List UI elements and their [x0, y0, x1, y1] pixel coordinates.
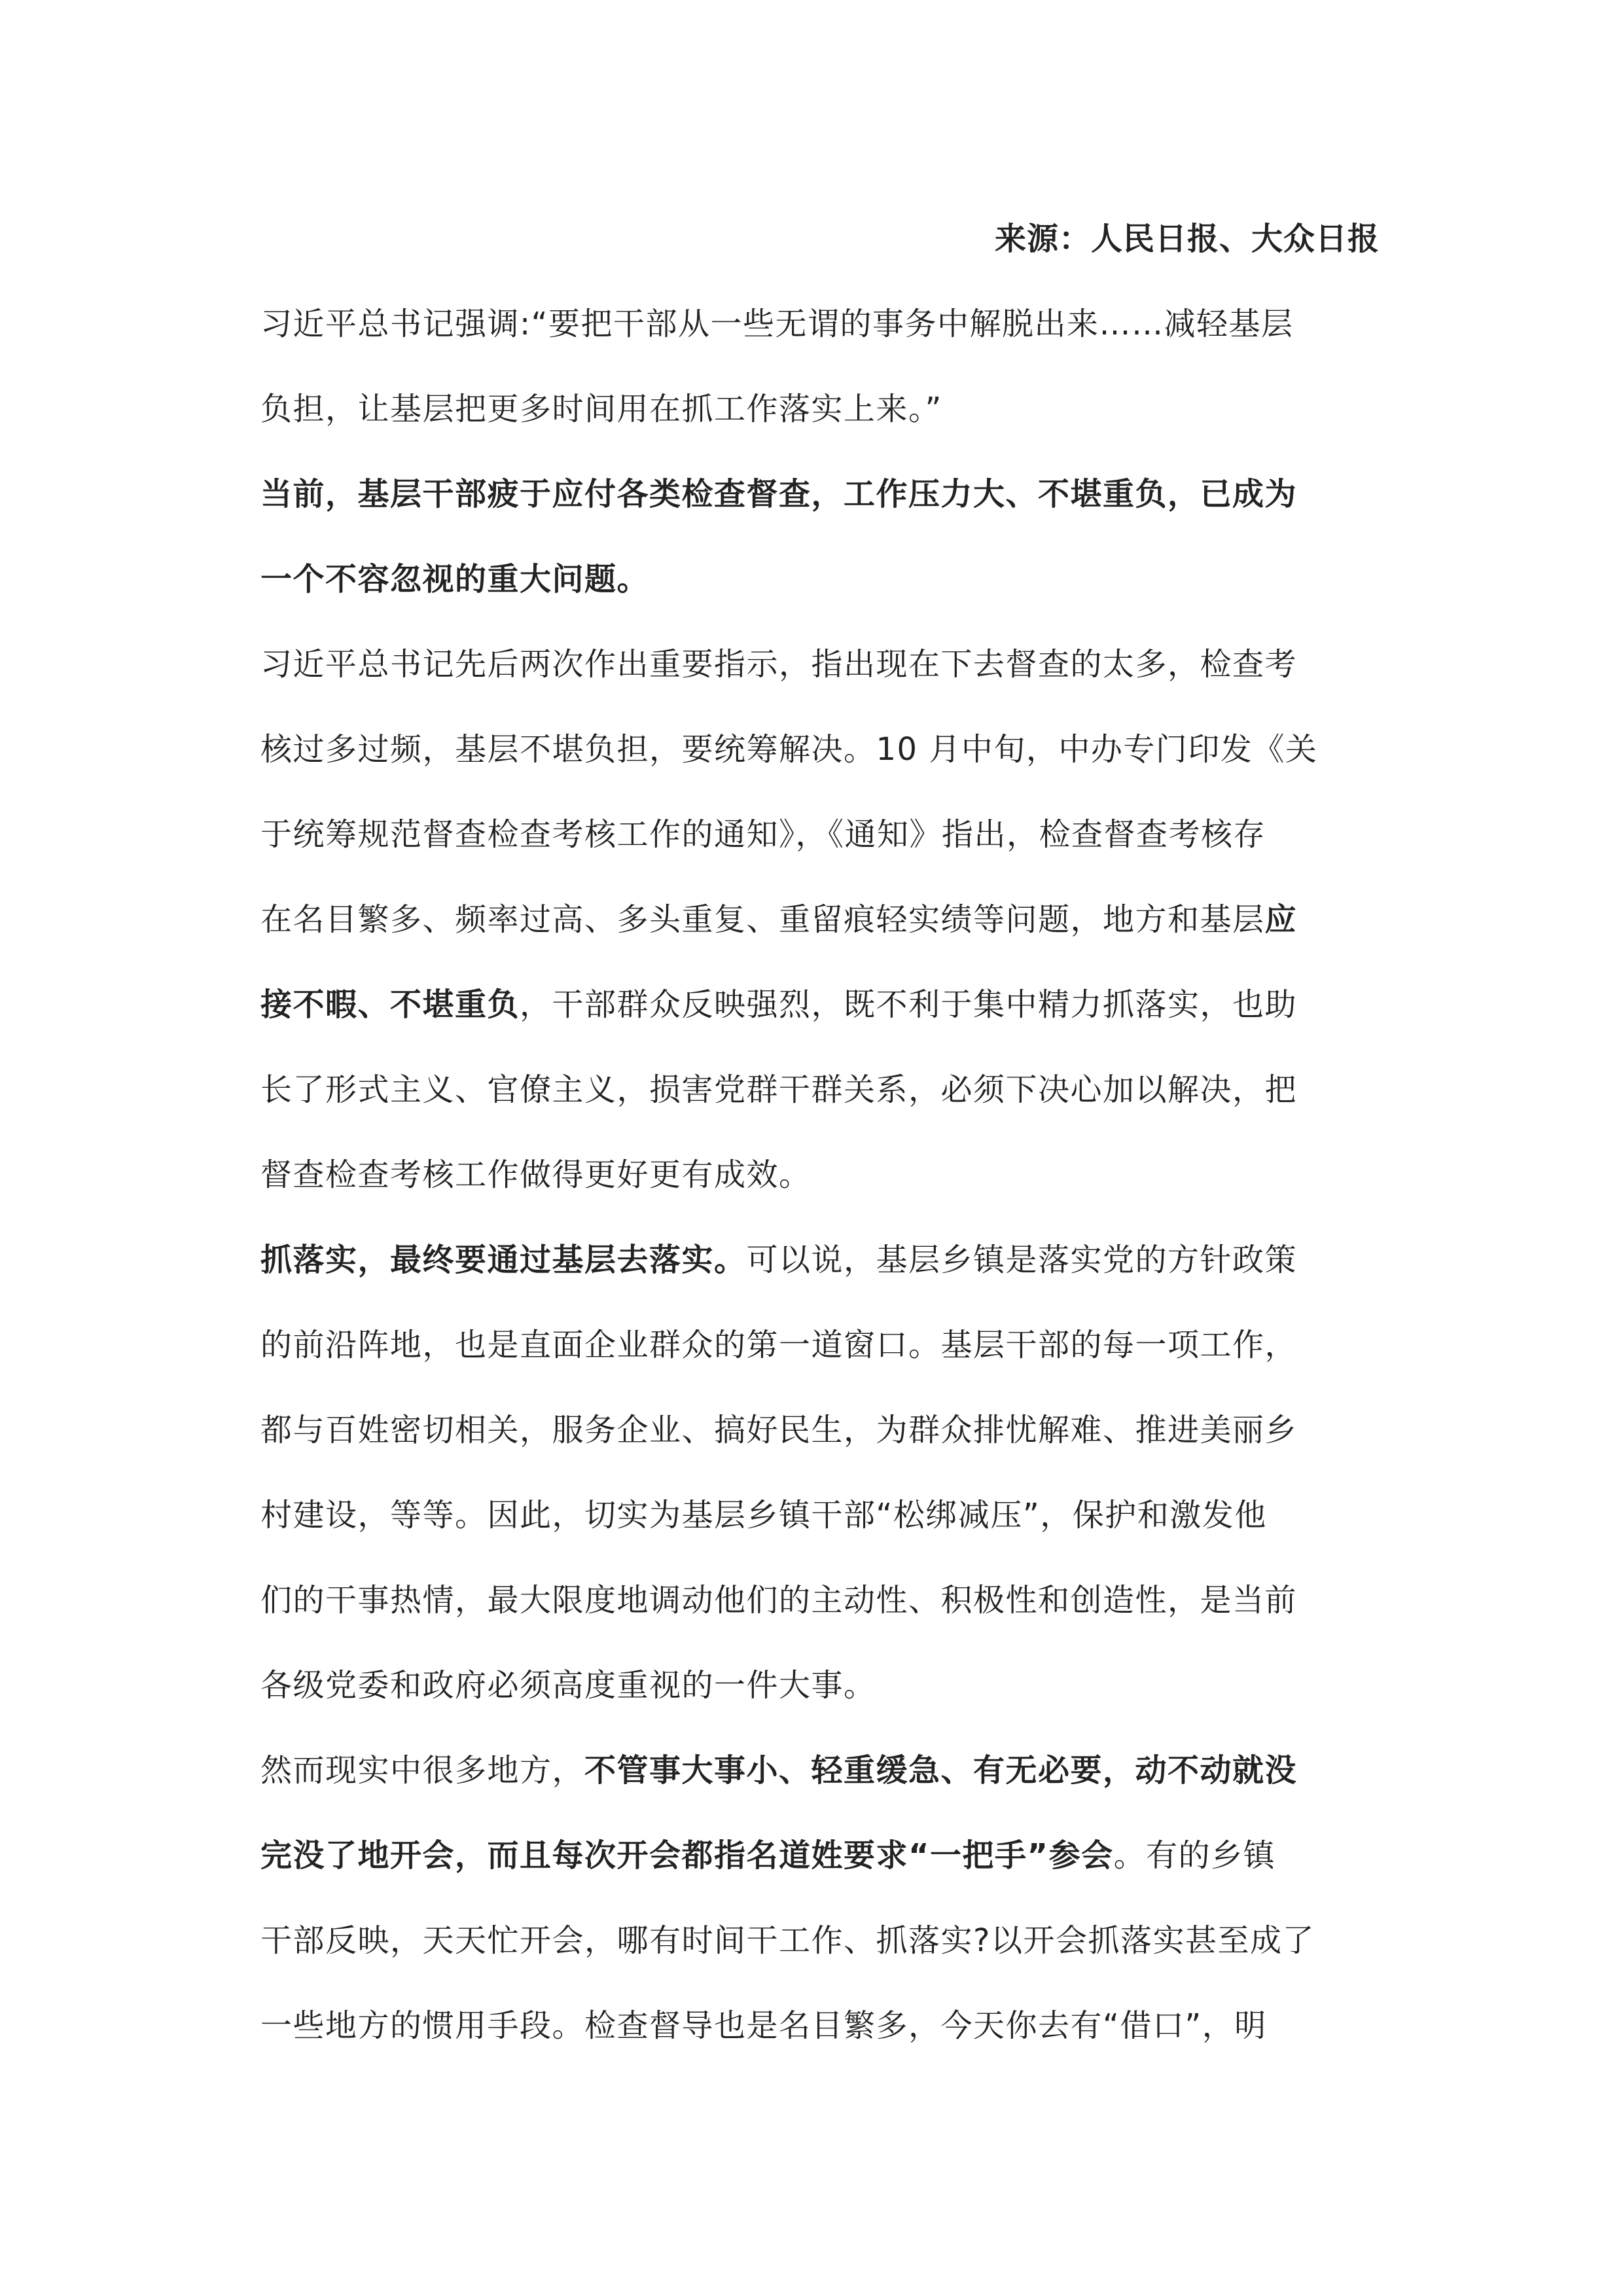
bold-text-run: 一个不容忽视的重大问题。	[260, 561, 649, 598]
text-run: 可以说，基层乡镇是落实党的方针政策	[747, 1242, 1298, 1278]
text-run: 负担，让基层把更多时间用在抓工作落实上来。”	[260, 391, 942, 427]
text-run: 干部反映，天天忙开会，哪有时间干工作、抓落实?以开会抓落实甚至成了	[260, 1922, 1315, 1959]
text-line: 们的干事热情，最大限度地调动他们的主动性、积极性和创造性，是当前	[260, 1572, 1347, 1657]
text-line: 的前沿阵地，也是直面企业群众的第一道窗口。基层干部的每一项工作，	[260, 1317, 1347, 1402]
text-run: 在名目繁多、频率过高、多头重复、重留痕轻实绩等问题，地方和基层	[260, 901, 1265, 938]
text-run: 然而现实中很多地方，	[260, 1752, 584, 1789]
bold-text-run: 完没了地开会，而且每次开会都指名道姓要求“一把手”参会	[260, 1837, 1114, 1874]
text-line: 长了形式主义、官僚主义，损害党群干群关系，必须下决心加以解决，把	[260, 1062, 1347, 1147]
text-run: 。有的乡镇	[1114, 1837, 1276, 1874]
source-attribution: 来源：人民日报、大众日报	[995, 211, 1380, 267]
text-run: 们的干事热情，最大限度地调动他们的主动性、积极性和创造性，是当前	[260, 1582, 1297, 1619]
text-line: 一个不容忽视的重大问题。	[260, 551, 1347, 636]
bold-text-run: 抓落实，最终要通过基层去落实。	[260, 1242, 747, 1278]
text-line: 接不暇、不堪重负，干部群众反映强烈，既不利于集中精力抓落实，也助	[260, 977, 1347, 1062]
text-run: 村建设，等等。因此，切实为基层乡镇干部“松绑减压”，保护和激发他	[260, 1497, 1267, 1534]
text-line: 在名目繁多、频率过高、多头重复、重留痕轻实绩等问题，地方和基层应	[260, 891, 1347, 977]
text-line: 督查检查考核工作做得更好更有成效。	[260, 1147, 1347, 1232]
text-run: 习近平总书记强调:“要把干部从一些无谓的事务中解脱出来……减轻基层	[260, 306, 1294, 342]
text-line: 完没了地开会，而且每次开会都指名道姓要求“一把手”参会。有的乡镇	[260, 1827, 1347, 1912]
text-run: 的前沿阵地，也是直面企业群众的第一道窗口。基层干部的每一项工作，	[260, 1327, 1297, 1363]
text-run: ，干部群众反映强烈，既不利于集中精力抓落实，也助	[520, 986, 1297, 1023]
text-line: 于统筹规范督查检查考核工作的通知》，《通知》指出，检查督查考核存	[260, 806, 1347, 891]
bold-text-run: 不管事大事小、轻重缓急、有无必要，动不动就没	[584, 1752, 1297, 1789]
bold-text-run: 应	[1265, 901, 1298, 938]
text-run: 于统筹规范督查检查考核工作的通知》，《通知》指出，检查督查考核存	[260, 816, 1266, 853]
text-line: 干部反映，天天忙开会，哪有时间干工作、抓落实?以开会抓落实甚至成了	[260, 1912, 1347, 1998]
article-body: 习近平总书记强调:“要把干部从一些无谓的事务中解脱出来……减轻基层负担，让基层把…	[260, 296, 1347, 2083]
text-run: 习近平总书记先后两次作出重要指示，指出现在下去督查的太多，检查考	[260, 646, 1297, 683]
text-run: 督查检查考核工作做得更好更有成效。	[260, 1157, 811, 1193]
text-line: 都与百姓密切相关，服务企业、搞好民生，为群众排忧解难、推进美丽乡	[260, 1402, 1347, 1487]
text-line: 习近平总书记强调:“要把干部从一些无谓的事务中解脱出来……减轻基层	[260, 296, 1347, 381]
text-run: 长了形式主义、官僚主义，损害党群干群关系，必须下决心加以解决，把	[260, 1071, 1297, 1108]
bold-text-run: 接不暇、不堪重负	[260, 986, 520, 1023]
text-run: 都与百姓密切相关，服务企业、搞好民生，为群众排忧解难、推进美丽乡	[260, 1412, 1297, 1448]
text-line: 抓落实，最终要通过基层去落实。可以说，基层乡镇是落实党的方针政策	[260, 1232, 1347, 1317]
text-line: 然而现实中很多地方，不管事大事小、轻重缓急、有无必要，动不动就没	[260, 1742, 1347, 1827]
text-line: 习近平总书记先后两次作出重要指示，指出现在下去督查的太多，检查考	[260, 636, 1347, 721]
text-line: 各级党委和政府必须高度重视的一件大事。	[260, 1657, 1347, 1742]
text-run: 核过多过频，基层不堪负担，要统筹解决。10 月中旬，中办专门印发《关	[260, 731, 1317, 768]
text-line: 当前，基层干部疲于应付各类检查督查，工作压力大、不堪重负，已成为	[260, 466, 1347, 551]
bold-text-run: 当前，基层干部疲于应付各类检查督查，工作压力大、不堪重负，已成为	[260, 476, 1297, 512]
text-line: 核过多过频，基层不堪负担，要统筹解决。10 月中旬，中办专门印发《关	[260, 721, 1347, 806]
document-page: 来源：人民日报、大众日报 习近平总书记强调:“要把干部从一些无谓的事务中解脱出来…	[0, 0, 1623, 2296]
text-run: 一些地方的惯用手段。检查督导也是名目繁多，今天你去有“借口”，明	[260, 2007, 1267, 2044]
text-run: 各级党委和政府必须高度重视的一件大事。	[260, 1667, 876, 1704]
text-line: 负担，让基层把更多时间用在抓工作落实上来。”	[260, 381, 1347, 466]
text-line: 村建设，等等。因此，切实为基层乡镇干部“松绑减压”，保护和激发他	[260, 1487, 1347, 1572]
text-line: 一些地方的惯用手段。检查督导也是名目繁多，今天你去有“借口”，明	[260, 1998, 1347, 2083]
